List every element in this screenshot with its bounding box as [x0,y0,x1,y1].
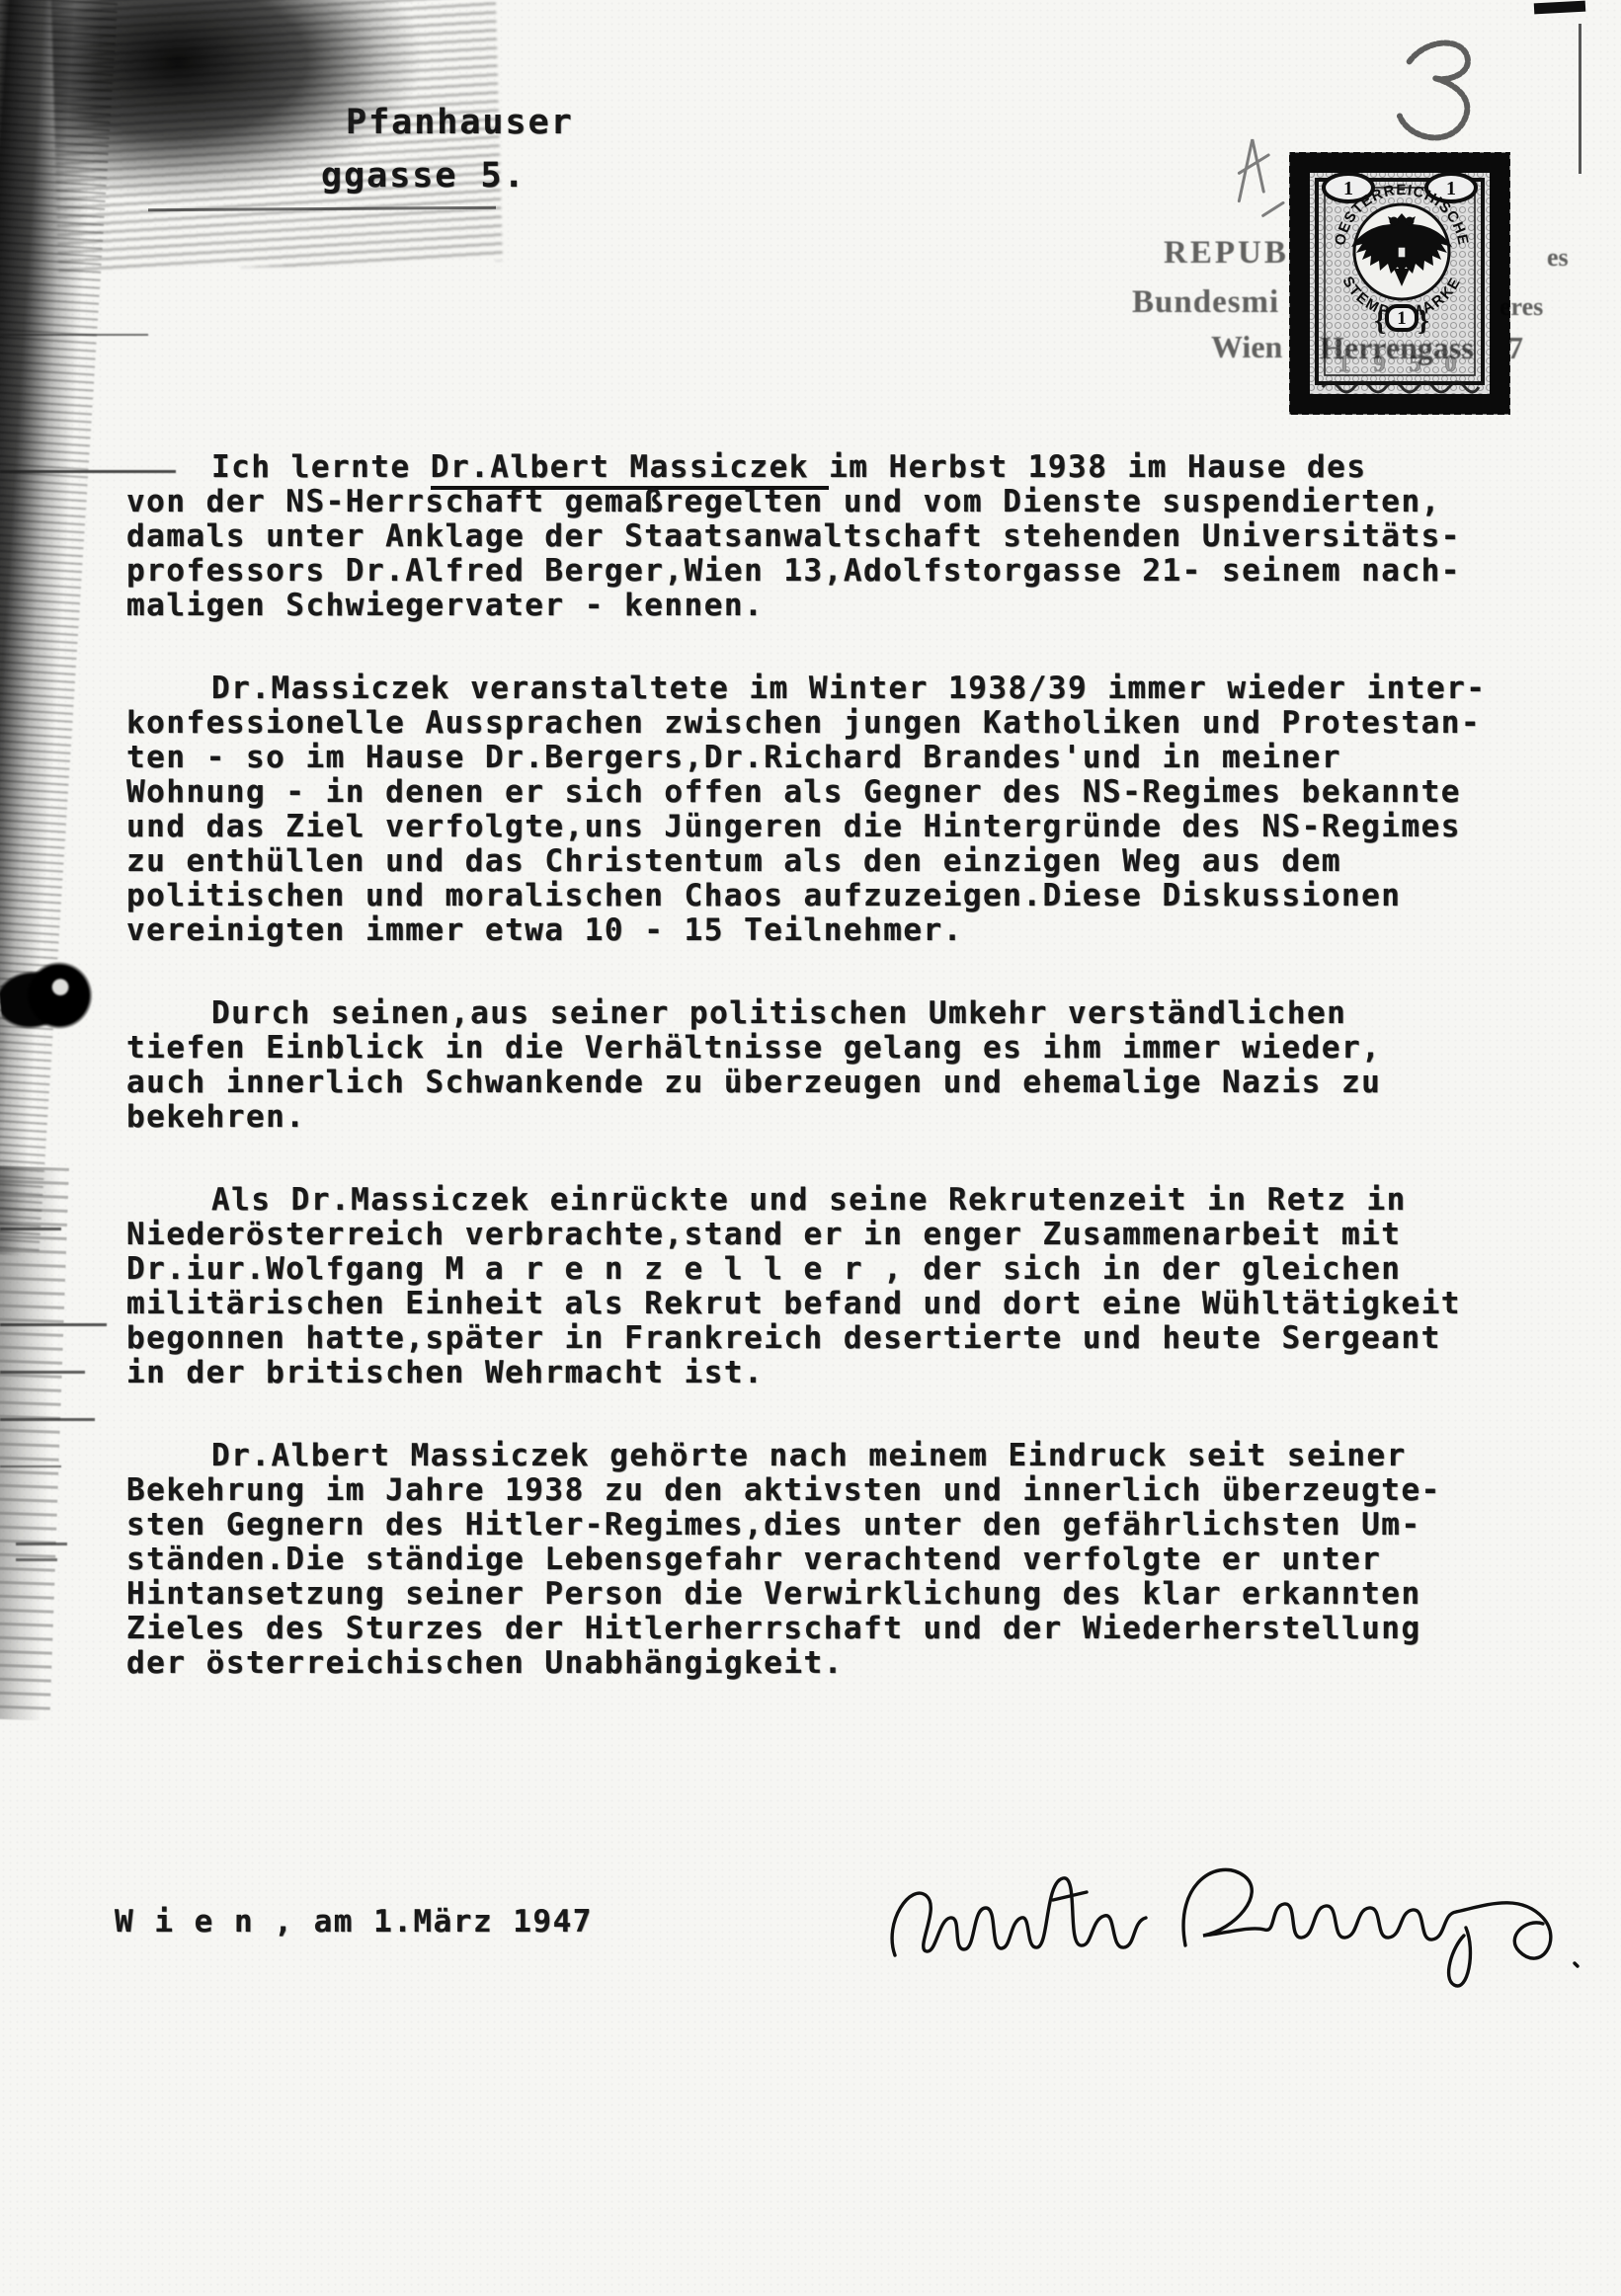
pencil-mark-icon [1229,128,1298,237]
scan-streak [0,1418,95,1421]
paragraph-5: Dr.Albert Massiczek gehörte nach meinem … [126,1439,1549,1681]
revenue-stamp: 1 1 OESTERREICHISCHE STEMPELMARKE { } [1289,152,1510,415]
scan-streak [0,470,176,473]
letterhead-address: ggasse 5. [321,148,527,203]
stamp-denomination: 1 [1397,308,1407,329]
handwritten-page-number [1391,28,1509,160]
stamp-corner-value-left: 1 [1343,178,1353,199]
rubber-stamp-city: Wien [1211,329,1282,365]
rubber-stamp-number: 7 [1507,330,1523,366]
rubber-stamp-line2: Bundesmi [1132,284,1279,321]
scan-streak [16,1543,67,1545]
date-line: W i e n , am 1.März 1947 [115,1904,593,1940]
letterhead-name: Pfanhauser [346,95,574,150]
stempelmarke-icon: 1 1 OESTERREICHISCHE STEMPELMARKE { } [1289,152,1510,415]
document-page: Pfanhauser ggasse 5. [0,0,1621,2296]
rubber-stamp-line1-fragment: es [1547,243,1569,273]
scan-streak [0,1323,107,1326]
scan-margin-line [1579,24,1581,174]
paragraph-1: Ich lernte Dr.Albert Massiczek im Herbst… [126,450,1549,623]
rubber-stamp-line2-fragment: eres [1499,292,1543,322]
scan-streak [0,1227,61,1230]
signature [877,1825,1598,2036]
scan-streak [0,334,148,336]
pencil-three-icon [1391,28,1509,156]
rubber-stamp-street: Herrengass [1320,330,1474,366]
signature-script-icon [877,1825,1598,2032]
scan-corner-dash [1534,1,1586,15]
paragraph-2: Dr.Massiczek veranstaltete im Winter 193… [126,672,1549,948]
binder-eyelet-blob [0,951,103,1042]
paragraph-3: Durch seinen,aus seiner politischen Umke… [126,996,1549,1135]
scan-streak [0,1465,61,1467]
paragraph-4: Als Dr.Massiczek einrückte und seine Rek… [126,1183,1549,1390]
scan-edge-band [0,0,119,1257]
pencil-scribble [1229,128,1298,241]
scan-streak [16,1558,57,1561]
stamp-corner-value-right: 1 [1446,178,1456,199]
scan-edge-band-fade [0,1165,69,1721]
letterhead-underline [148,206,496,211]
scan-streak [0,1371,85,1374]
paragraph-1-lead: Ich lernte [211,449,431,485]
letter-body: Ich lernte Dr.Albert Massiczek im Herbst… [126,416,1549,1729]
